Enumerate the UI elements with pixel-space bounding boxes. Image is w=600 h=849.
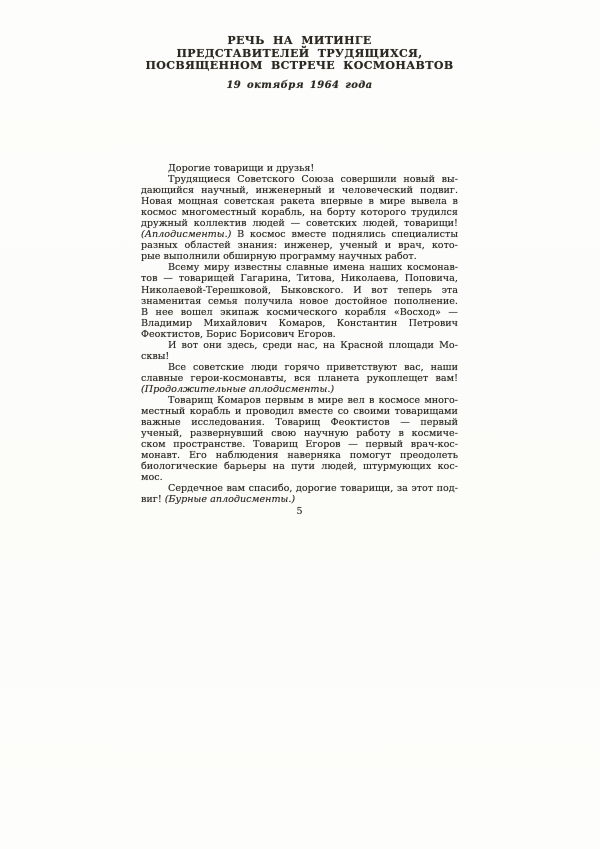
word: космос: [141, 207, 177, 218]
text-line: дружныйколлективлюдей—советскихлюдей,тов…: [141, 218, 458, 229]
word: со: [338, 406, 349, 417]
word: нас,: [297, 340, 318, 351]
word: свою: [271, 428, 296, 439]
text-segment: (Бурные аплодисменты.): [165, 494, 295, 505]
word: Всему: [168, 262, 199, 273]
word: получила: [244, 296, 292, 307]
word: местный: [141, 406, 185, 417]
word: Сердечное: [168, 483, 223, 494]
word: на: [310, 207, 322, 218]
word: вас,: [404, 362, 424, 373]
word: на: [273, 461, 285, 472]
page-number: 5: [141, 506, 458, 517]
word: космосе: [379, 395, 420, 406]
word: разных: [141, 240, 178, 251]
word: планета: [318, 373, 359, 384]
word: специалисты: [391, 229, 458, 240]
book-page: РЕЧЬ НА МИТИНГЕ ПРЕДСТАВИТЕЛЕЙ ТРУДЯЩИХС…: [0, 0, 600, 849]
speech-title-line-1: РЕЧЬ НА МИТИНГЕ: [141, 35, 458, 48]
word: товарищами: [395, 406, 458, 417]
word: товарищей: [179, 273, 235, 284]
word: кос-: [438, 461, 458, 472]
word: Товарищ: [253, 439, 298, 450]
word: Трудящиеся: [168, 174, 231, 185]
word: этот: [411, 483, 433, 494]
word: в: [453, 196, 458, 207]
text-line: Всесоветскиелюдигорячоприветствуютвас,на…: [141, 362, 458, 373]
word: они: [203, 340, 222, 351]
word: в: [398, 428, 403, 439]
text-line: Дорогие товарищи и друзья!: [141, 163, 458, 174]
word: Быковского.: [281, 285, 344, 296]
text-line: Новаямощнаясоветскаяракетавпервыевмиревы…: [141, 196, 458, 207]
word: своими: [353, 406, 390, 417]
word: наблюдения: [216, 450, 279, 461]
word: важные: [141, 417, 181, 428]
word: кото-: [432, 240, 458, 251]
text-line: (Аплодисменты.)Вкосмосвместеподнялисьспе…: [141, 229, 458, 240]
word: Константин: [337, 318, 398, 329]
text-line: сквы!: [141, 351, 458, 362]
word: нее: [156, 307, 174, 318]
word: Поповича,: [405, 273, 458, 284]
word: экипаж: [220, 307, 259, 318]
word: миру: [204, 262, 230, 273]
word: люди: [251, 362, 278, 373]
word: подвиг.: [420, 185, 458, 196]
word: научный,: [201, 185, 249, 196]
word: вывела: [411, 196, 447, 207]
word: наших: [369, 262, 402, 273]
word: в: [369, 196, 374, 207]
word: Комаров: [217, 395, 261, 406]
word: дающийся: [141, 185, 194, 196]
word: вся: [294, 373, 311, 384]
word: И: [353, 285, 361, 296]
word: вам!: [435, 373, 457, 384]
text-line: ТрудящиесяСоветскогоСоюзасовершилиновыйв…: [141, 174, 458, 185]
word: советские: [193, 362, 244, 373]
text-line: тов—товарищейГагарина,Титова,Николаева,П…: [141, 273, 458, 284]
text-segment: сквы!: [141, 351, 169, 362]
word: тов: [141, 273, 158, 284]
word: инженерный: [256, 185, 322, 196]
text-line: биологическиебарьерынапутилюдей,штурмующ…: [141, 461, 458, 472]
word: врач,: [398, 240, 425, 251]
word: Новая: [141, 196, 172, 207]
word: славные: [286, 262, 328, 273]
word: штурмующих: [363, 461, 431, 472]
word: знания:: [238, 240, 277, 251]
word: И: [168, 340, 176, 351]
word: которого: [361, 207, 407, 218]
word: Его: [189, 450, 207, 461]
word: областей: [185, 240, 231, 251]
word: космос: [250, 229, 286, 240]
text-line: космосмногоместныйкорабль,набортукоторог…: [141, 207, 458, 218]
word: Гагарина,: [240, 273, 291, 284]
word: Комаров,: [279, 318, 326, 329]
word: на: [323, 340, 335, 351]
word: барьеры: [224, 461, 266, 472]
word: мощная: [178, 196, 218, 207]
word: много-: [424, 395, 458, 406]
word: вы-: [442, 174, 458, 185]
word: космического: [266, 307, 337, 318]
word: приветствуют: [327, 362, 398, 373]
word: Николаевой-Терешковой,: [141, 285, 271, 296]
text-line: местныйкорабльипроводилвместесосвоимитов…: [141, 406, 458, 417]
word: —: [400, 417, 410, 428]
word: ученый: [340, 240, 378, 251]
word: В: [237, 229, 244, 240]
word: горячо: [285, 362, 320, 373]
word: товарищи,: [340, 483, 393, 494]
word: первым: [265, 395, 304, 406]
word: Советского: [237, 174, 294, 185]
word: Михайлович: [204, 318, 268, 329]
body-text: Дорогие товарищи и друзья!ТрудящиесяСове…: [141, 163, 458, 505]
word: достойное: [335, 296, 387, 307]
word: Феоктистов: [331, 417, 390, 428]
word: Товарищ: [275, 417, 320, 428]
text-segment: Феоктистов, Борис Борисович Егоров.: [141, 329, 336, 340]
word: (Аплодисменты.): [141, 229, 231, 240]
word: площади: [389, 340, 434, 351]
speech-heading: РЕЧЬ НА МИТИНГЕ ПРЕДСТАВИТЕЛЕЙ ТРУДЯЩИХС…: [141, 35, 458, 91]
word: совершили: [341, 174, 397, 185]
word: вот: [371, 285, 388, 296]
word: вел: [348, 395, 365, 406]
word: новый: [403, 174, 435, 185]
word: космонав-: [407, 262, 458, 273]
text-line: виг! (Бурные аплодисменты.): [141, 494, 458, 505]
word: дружный: [141, 218, 188, 229]
word: коллектив: [194, 218, 247, 229]
word: пути: [291, 461, 315, 472]
word: пространстве.: [173, 439, 245, 450]
word: под-: [437, 483, 458, 494]
word: инженер,: [284, 240, 333, 251]
word: работу: [356, 428, 390, 439]
word: дорогие: [296, 483, 337, 494]
text-line: разныхобластейзнания:инженер,ученыйиврач…: [141, 240, 458, 251]
word: «Восход»: [394, 307, 441, 318]
word: поднялись: [332, 229, 386, 240]
word: первый: [420, 417, 458, 428]
word: за: [397, 483, 408, 494]
word: и: [235, 406, 241, 417]
word: людей,: [363, 218, 398, 229]
word: биологические: [141, 461, 218, 472]
word: впервые: [321, 196, 363, 207]
word: товарищи!: [404, 218, 458, 229]
word: семья: [208, 296, 238, 307]
word: теперь: [397, 285, 431, 296]
word: среди: [263, 340, 293, 351]
text-segment: мос.: [141, 472, 163, 483]
word: корабль: [190, 406, 231, 417]
text-line: ТоварищКомаровпервымвмиревелвкосмосемног…: [141, 395, 458, 406]
text-line: Сердечноевамспасибо,дорогиетоварищи,заэт…: [141, 483, 458, 494]
word: эта: [442, 285, 458, 296]
word: советских: [306, 218, 357, 229]
word: рукоплещет: [367, 373, 429, 384]
word: космиче-: [412, 428, 458, 439]
word: пополнение.: [394, 296, 458, 307]
word: известны: [234, 262, 281, 273]
word: Егоров: [305, 439, 340, 450]
word: в: [308, 395, 313, 406]
word: вместе: [298, 406, 333, 417]
word: и: [329, 185, 335, 196]
text-segment: рые выполнили обширную программу научных…: [141, 251, 417, 262]
text-line: важныеисследования.ТоварищФеоктистов—пер…: [141, 417, 458, 428]
text-line: рые выполнили обширную программу научных…: [141, 251, 458, 262]
word: новое: [299, 296, 328, 307]
speech-title-line-3: ПОСВЯЩЕННОМ ВСТРЕЧЕ КОСМОНАВТОВ: [141, 60, 458, 73]
word: Товарищ: [168, 395, 213, 406]
word: Красной: [340, 340, 383, 351]
word: герои-космонавты,: [191, 373, 287, 384]
word: Мо-: [439, 340, 458, 351]
word: первый: [365, 439, 403, 450]
word: Все: [168, 362, 186, 373]
text-line: дающийсянаучный,инженерныйичеловеческийп…: [141, 185, 458, 196]
text-line: Внеевошелэкипажкосмическогокорабля«Восхо…: [141, 307, 458, 318]
text-line: Николаевой-Терешковой,Быковского.Ивоттеп…: [141, 285, 458, 296]
word: мире: [318, 395, 344, 406]
word: и: [385, 240, 391, 251]
word: Союза: [301, 174, 333, 185]
word: имена: [333, 262, 365, 273]
word: наверняка: [287, 450, 341, 461]
word: корабль,: [261, 207, 305, 218]
word: —: [448, 307, 458, 318]
text-segment: виг!: [141, 494, 165, 505]
word: преодолеть: [400, 450, 458, 461]
word: помогут: [350, 450, 391, 461]
text-line: Ивотониздесь,срединас,наКраснойплощадиМо…: [141, 340, 458, 351]
text-line: славныегерои-космонавты,всяпланетарукопл…: [141, 373, 458, 384]
word: трудился: [411, 207, 458, 218]
word: вам: [226, 483, 245, 494]
text-line: мос.: [141, 472, 458, 483]
text-line: (Продолжительные аплодисменты.): [141, 384, 458, 395]
word: монавт.: [141, 450, 180, 461]
text-line: Всемумируизвестныславныеименанашихкосмон…: [141, 262, 458, 273]
word: вместе: [291, 229, 326, 240]
text-line: монавт.Егонаблюдениянавернякапомогутпрео…: [141, 450, 458, 461]
text-line: Феоктистов, Борис Борисович Егоров.: [141, 329, 458, 340]
text-line: ВладимирМихайловичКомаров,КонстантинПетр…: [141, 318, 458, 329]
word: Петрович: [409, 318, 458, 329]
word: ракета: [280, 196, 315, 207]
word: знаменитая: [141, 296, 201, 307]
word: исследования.: [191, 417, 265, 428]
word: людей: [252, 218, 284, 229]
word: —: [291, 218, 301, 229]
word: научную: [304, 428, 349, 439]
word: наши: [431, 362, 458, 373]
word: В: [141, 307, 148, 318]
speech-date: 19 октября 1964 года: [141, 80, 458, 91]
word: многоместный: [182, 207, 257, 218]
word: в: [369, 395, 374, 406]
word: здесь,: [227, 340, 257, 351]
text-line: скомпространстве.ТоварищЕгоров—первыйвра…: [141, 439, 458, 450]
text-line: знаменитаясемьяполучилановоедостойноепоп…: [141, 296, 458, 307]
word: врач-кос-: [411, 439, 458, 450]
word: проводил: [246, 406, 294, 417]
word: Владимир: [141, 318, 192, 329]
word: мире: [380, 196, 406, 207]
word: человеческий: [342, 185, 413, 196]
text-line: ученый,развернувшийсвоюнаучнуюработувкос…: [141, 428, 458, 439]
word: развернувший: [190, 428, 263, 439]
text-segment: (Продолжительные аплодисменты.): [141, 384, 334, 395]
word: людей,: [321, 461, 356, 472]
word: вот: [182, 340, 199, 351]
text-segment: Дорогие товарищи и друзья!: [168, 163, 314, 174]
word: корабля: [345, 307, 387, 318]
word: советская: [224, 196, 275, 207]
word: спасибо,: [249, 483, 293, 494]
word: вошел: [181, 307, 213, 318]
word: Титова,: [297, 273, 335, 284]
word: —: [163, 273, 173, 284]
word: борту: [327, 207, 356, 218]
word: ученый,: [141, 428, 182, 439]
word: ском: [141, 439, 166, 450]
word: —: [348, 439, 358, 450]
word: славные: [141, 373, 183, 384]
word: Николаева,: [341, 273, 399, 284]
